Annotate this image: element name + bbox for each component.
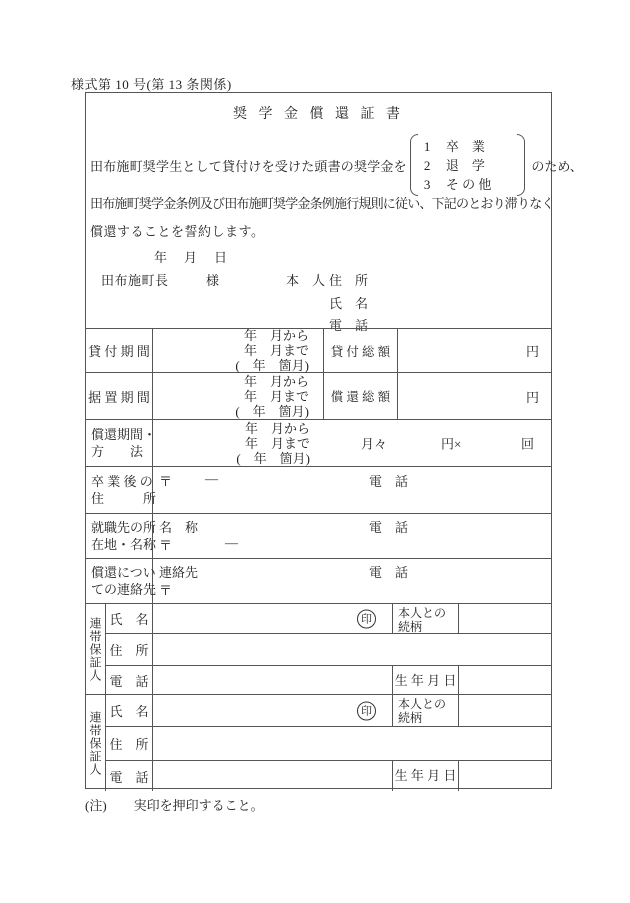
post-graduation-address-label: 卒 業 後 の 住 所 [86,467,153,513]
intro-line2: 田布施町奨学金条例及び田布施町奨学金条例施行規則に従い、下記のとおり滞りなく [90,193,554,212]
reason-option-withdrawal: 2 退 学 [424,156,492,175]
option-label: そ の 他 [446,175,492,194]
employer-name-label: 名 称 [159,517,198,536]
reason-option-graduation: 1 卒 業 [424,137,492,156]
guarantor-name-row: 氏 名 印 本人との 続柄 [106,695,551,727]
period-to: 年 月まで [244,389,309,404]
relation-line1: 本人との [398,606,458,620]
label-line2: ての連絡先 [91,581,156,598]
form-table: 貸 付 期 間 年 月から 年 月まで ( 年 箇月) 貸 付 総 額 円 据 … [86,328,551,788]
birthdate-field [459,666,551,695]
yen-unit: 円 [526,387,539,406]
guarantor-side-label: 連帯保証人 [86,604,106,694]
date-line: 年 月 日 [154,247,229,266]
table-row-repayment-contact: 償還につい ての連絡先 連絡先 電 話 〒 [86,559,551,604]
applicant-address-label: 住 所 [329,270,368,289]
employer-label: 就職先の所 在地・名称 [86,514,153,558]
relation-line2: 続柄 [398,620,458,634]
loan-period-label: 貸 付 期 間 [86,329,153,372]
guarantor-rows: 氏 名 印 本人との 続柄 住 所 [106,695,551,791]
yen-times-label: 円× [441,434,461,453]
guarantor-phone-label: 電 話 [106,761,153,791]
loan-total-label: 貸 付 総 額 [324,329,398,372]
label-line1: 就職先の所 [91,519,156,536]
relation-label: 本人との 続柄 [393,695,459,726]
label-line1: 償還につい [91,564,156,581]
seal-char: 印 [361,703,372,719]
post-graduation-address-field: 〒 ― 電 話 [153,467,551,513]
reason-options-group: 1 卒 業 2 退 学 3 そ の 他 [410,134,526,196]
reason-option-other: 3 そ の 他 [424,175,492,194]
option-number: 1 [424,137,434,156]
loan-total-field: 円 [398,329,551,372]
period-to: 年 月まで [245,436,310,451]
document-title: 奨 学 金 償 還 証 書 [86,103,551,123]
table-row-loan-period: 貸 付 期 間 年 月から 年 月まで ( 年 箇月) 貸 付 総 額 円 [86,329,551,373]
guarantor-address-row: 住 所 [106,634,551,666]
installments-label: 回 [521,434,534,453]
seal-mark-icon: 印 [357,609,376,628]
relation-field [459,695,551,726]
guarantor-side-label: 連帯保証人 [86,695,106,791]
loan-period-field: 年 月から 年 月まで ( 年 箇月) [153,329,324,372]
phone-label: 電 話 [369,517,408,536]
right-bracket [517,134,525,196]
table-row-deferment-period: 据 置 期 間 年 月から 年 月まで ( 年 箇月) 償 還 総 額 円 [86,373,551,420]
yen-unit: 円 [526,341,539,360]
relation-field [459,604,551,633]
deferment-period-field: 年 月から 年 月まで ( 年 箇月) [153,373,324,419]
footnote-prefix: (注) [85,798,107,813]
relation-line2: 続柄 [398,711,458,725]
label-line2: 方 法 [91,443,143,460]
repayment-total-label: 償 還 総 額 [324,373,398,419]
guarantor-rows: 氏 名 印 本人との 続柄 住 所 [106,604,551,694]
option-number: 2 [424,156,434,175]
postal-mark: 〒 [159,580,172,599]
period-from: 年 月から [244,328,309,343]
intro-paragraph: 田布施町奨学生として貸付けを受けた頭書の奨学金を 1 卒 業 2 退 学 3 そ… [90,133,549,197]
guarantor-phone-field [153,666,393,695]
period-from: 年 月から [245,421,310,436]
guarantor-phone-row: 電 話 生 年 月 日 [106,666,551,695]
guarantor-address-row: 住 所 [106,727,551,761]
contact-label: 連絡先 [159,562,198,581]
period-duration: ( 年 箇月) [235,358,309,373]
relation-label: 本人との 続柄 [393,604,459,633]
guarantor-name-field: 印 [153,695,393,726]
label-line2: 在地・名称 [91,536,156,553]
period-duration: ( 年 箇月) [236,451,310,466]
phone-label: 電 話 [369,471,408,490]
guarantor-name-row: 氏 名 印 本人との 続柄 [106,604,551,634]
repayment-contact-field: 連絡先 電 話 〒 [153,559,551,603]
birthdate-label: 生 年 月 日 [393,666,459,695]
document-page: 様式第 10 号(第 13 条関係) 奨 学 金 償 還 証 書 田布施町奨学生… [0,0,630,903]
guarantor-name-label: 氏 名 [106,604,153,633]
deferment-period-label: 据 置 期 間 [86,373,153,419]
table-row-employer: 就職先の所 在地・名称 名 称 電 話 〒 ― [86,514,551,559]
guarantor-phone-field [153,761,393,791]
guarantor-phone-row: 電 話 生 年 月 日 [106,761,551,791]
guarantor-address-label: 住 所 [106,727,153,760]
footnote: (注)実印を押印すること。 [85,795,264,814]
guarantor-address-field [153,634,551,665]
period-duration: ( 年 箇月) [235,404,309,419]
seal-mark-icon: 印 [357,701,376,720]
guarantor-address-label: 住 所 [106,634,153,665]
repayment-total-field: 円 [398,373,551,419]
birthdate-field [459,761,551,791]
guarantor-label: 連帯保証人 [87,617,104,682]
relation-line1: 本人との [398,697,458,711]
form-number: 様式第 10 号(第 13 条関係) [71,74,232,93]
reason-options: 1 卒 業 2 退 学 3 そ の 他 [418,134,518,196]
honorific: 様 [206,270,219,289]
applicant-name-label: 氏 名 [329,293,368,312]
label-line2: 住 所 [91,490,156,507]
intro-text-before-brace: 田布施町奨学生として貸付けを受けた頭書の奨学金を [90,156,407,175]
period-to: 年 月まで [244,343,309,358]
employer-field: 名 称 電 話 〒 ― [153,514,551,558]
option-label: 退 学 [446,156,485,175]
seal-char: 印 [361,611,372,627]
postal-dash: ― [205,471,218,487]
intro-text-after-brace: のため、 [531,156,582,175]
option-number: 3 [424,175,434,194]
birthdate-label: 生 年 月 日 [393,761,459,791]
table-row-post-graduation-address: 卒 業 後 の 住 所 〒 ― 電 話 [86,467,551,514]
left-bracket [410,134,418,196]
applicant-label: 本 人 [286,270,325,289]
label-line1: 卒 業 後 の [91,473,153,490]
postal-dash: ― [225,535,238,551]
postal-mark: 〒 [159,535,172,554]
phone-label: 電 話 [369,562,408,581]
guarantor-name-field: 印 [153,604,393,633]
period-from: 年 月から [244,374,309,389]
guarantor-phone-label: 電 話 [106,666,153,695]
table-row-repayment-method: 償還期間・ 方 法 年 月から 年 月まで ( 年 箇月) 月々 円× 回 [86,420,551,467]
postal-mark: 〒 [159,471,172,490]
option-label: 卒 業 [446,137,485,156]
repayment-period-block: 年 月から 年 月まで ( 年 箇月) [153,420,324,466]
intro-line3: 償還することを誓約します。 [90,221,264,240]
guarantor-label: 連帯保証人 [87,711,104,776]
label-line1: 償還期間・ [91,426,156,443]
repayment-method-label: 償還期間・ 方 法 [86,420,153,466]
repayment-contact-label: 償還につい ての連絡先 [86,559,153,603]
guarantor-block-2: 連帯保証人 氏 名 印 本人との 続柄 [86,695,551,791]
repayment-method-field: 年 月から 年 月まで ( 年 箇月) 月々 円× 回 [153,420,551,466]
guarantor-block-1: 連帯保証人 氏 名 印 本人との 続柄 [86,604,551,695]
addressee: 田布施町長 [101,270,169,289]
guarantor-address-field [153,727,551,760]
guarantor-name-label: 氏 名 [106,695,153,726]
footnote-text: 実印を押印すること。 [134,798,264,813]
certificate-box: 奨 学 金 償 還 証 書 田布施町奨学生として貸付けを受けた頭書の奨学金を 1… [85,92,552,789]
monthly-label: 月々 [361,434,387,453]
